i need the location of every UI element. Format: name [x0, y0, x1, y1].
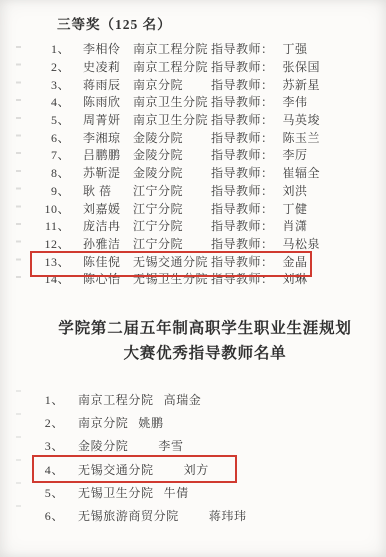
teacher-label: 指导教师： [211, 217, 274, 234]
item-number: 8、 [44, 164, 70, 181]
item-number: 5、 [40, 484, 64, 501]
student-name: 陈心怡 [83, 270, 133, 287]
college-name: 南京工程分院 [133, 58, 206, 75]
document-heading: 学院第二届五年制高职学生职业生涯规划 大赛优秀指导教师名单 [40, 316, 370, 366]
teacher-list-item: 5、 无锡卫生分院 牛倩 [40, 481, 370, 504]
item-number: 1、 [40, 391, 64, 408]
teacher-list-item: 6、 无锡旅游商贸分院 蒋玮玮 [40, 504, 370, 527]
item-number: 1、 [44, 40, 70, 57]
item-number: 3、 [40, 437, 64, 454]
teacher-name: 蒋玮玮 [209, 507, 247, 524]
student-name: 陈雨欣 [83, 93, 133, 110]
prize-list-item: 12、 孙雅洁 江宁分院 指导教师： 马松泉 [44, 235, 374, 253]
teacher-label: 指导教师： [211, 182, 274, 199]
prize-list-item: 6、 李湘琼 金陵分院 指导教师： 陈玉兰 [44, 128, 374, 146]
college-name: 南京工程分院 [133, 40, 206, 57]
teacher-name: 陈玉兰 [283, 129, 321, 146]
item-number: 5、 [44, 111, 70, 128]
item-number: 10、 [44, 200, 70, 217]
item-number: 6、 [44, 129, 70, 146]
college-name: 无锡卫生分院 [78, 484, 154, 501]
college-name: 南京分院 [78, 414, 128, 431]
student-name: 周菁妍 [83, 111, 133, 128]
teacher-label: 指导教师： [211, 93, 274, 110]
college-name: 南京卫生分院 [133, 93, 206, 110]
prize-list-item: 14、 陈心怡 无锡卫生分院 指导教师： 刘琳 [44, 270, 374, 288]
excellent-teacher-list: 1、 南京工程分院 高瑞金 2、 南京分院 姚鹏 3、 金陵分院 李雪 4、 无… [40, 388, 370, 527]
teacher-label: 指导教师： [211, 76, 274, 93]
student-name: 史凌莉 [83, 58, 133, 75]
teacher-label: 指导教师： [211, 200, 274, 217]
third-prize-list: 1、 李相伶 南京工程分院 指导教师： 丁强 2、 史凌莉 南京工程分院 指导教… [44, 40, 374, 288]
college-name: 南京工程分院 [78, 391, 154, 408]
college-name: 金陵分院 [133, 164, 206, 181]
heading-line-1: 学院第二届五年制高职学生职业生涯规划 [58, 320, 351, 337]
prize-list-item: 13、 陈佳倪 无锡交通分院 指导教师： 金晶 [44, 252, 374, 270]
student-name: 庞洁冉 [83, 217, 133, 234]
teacher-name: 金晶 [283, 253, 308, 270]
student-name: 李湘琼 [83, 129, 133, 146]
prize-list-item: 9、 耿 蓓 江宁分院 指导教师： 刘洪 [44, 182, 374, 200]
teacher-list-item: 3、 金陵分院 李雪 [40, 434, 370, 457]
student-name: 蒋雨辰 [83, 76, 133, 93]
teacher-name: 李雪 [158, 437, 183, 454]
teacher-name: 崔辐全 [283, 164, 321, 181]
teacher-name: 张保国 [283, 58, 321, 75]
college-name: 无锡旅游商贸分院 [78, 507, 179, 524]
item-number: 12、 [44, 235, 70, 252]
prize-list-item: 8、 苏靳湜 金陵分院 指导教师： 崔辐全 [44, 164, 374, 182]
teacher-label: 指导教师： [211, 58, 274, 75]
teacher-name: 李厉 [283, 146, 308, 163]
teacher-name: 牛倩 [164, 484, 189, 501]
teacher-name: 苏新星 [283, 76, 321, 93]
college-name: 南京卫生分院 [133, 111, 206, 128]
college-name: 金陵分院 [133, 129, 206, 146]
teacher-name: 刘洪 [283, 182, 308, 199]
item-number: 14、 [44, 270, 70, 287]
section-title-third-prize: 三等奖（125 名） [57, 13, 172, 33]
teacher-label: 指导教师： [211, 253, 274, 270]
teacher-label: 指导教师： [211, 129, 274, 146]
document-page: 三等奖（125 名） 1、 李相伶 南京工程分院 指导教师： 丁强 2、 史凌莉… [0, 0, 386, 557]
college-name: 江宁分院 [133, 200, 206, 217]
teacher-name: 刘方 [184, 461, 209, 478]
teacher-name: 肖潇 [283, 217, 308, 234]
item-number: 11、 [44, 217, 70, 234]
college-name: 南京分院 [133, 76, 206, 93]
student-name: 李相伶 [83, 40, 133, 57]
teacher-name: 丁健 [283, 200, 308, 217]
item-number: 6、 [40, 507, 64, 524]
college-name: 无锡交通分院 [133, 253, 206, 270]
student-name: 耿 蓓 [83, 182, 133, 199]
teacher-name: 马松泉 [283, 235, 321, 252]
college-name: 江宁分院 [133, 235, 206, 252]
prize-list-item: 10、 刘嘉媛 江宁分院 指导教师： 丁健 [44, 199, 374, 217]
prize-list-item: 2、 史凌莉 南京工程分院 指导教师： 张保国 [44, 58, 374, 76]
teacher-name: 李伟 [283, 93, 308, 110]
teacher-label: 指导教师： [211, 164, 274, 181]
student-name: 吕鹏鹏 [83, 146, 133, 163]
teacher-list-item: 4、 无锡交通分院 刘方 [40, 458, 370, 481]
item-number: 4、 [40, 461, 64, 478]
prize-list-item: 4、 陈雨欣 南京卫生分院 指导教师： 李伟 [44, 93, 374, 111]
item-number: 2、 [40, 414, 64, 431]
college-name: 金陵分院 [133, 146, 206, 163]
teacher-label: 指导教师： [211, 111, 274, 128]
teacher-name: 高瑞金 [164, 391, 202, 408]
college-name: 无锡交通分院 [78, 461, 154, 478]
teacher-label: 指导教师： [211, 270, 274, 287]
teacher-label: 指导教师： [211, 40, 274, 57]
teacher-list-item: 1、 南京工程分院 高瑞金 [40, 388, 370, 411]
prize-list-item: 5、 周菁妍 南京卫生分院 指导教师： 马英埈 [44, 111, 374, 129]
prize-list-item: 1、 李相伶 南京工程分院 指导教师： 丁强 [44, 40, 374, 58]
item-number: 4、 [44, 93, 70, 110]
scan-artifact [16, 46, 21, 282]
heading-line-2: 大赛优秀指导教师名单 [123, 345, 286, 362]
teacher-name: 丁强 [283, 40, 308, 57]
student-name: 刘嘉媛 [83, 200, 133, 217]
item-number: 3、 [44, 76, 70, 93]
teacher-label: 指导教师： [211, 235, 274, 252]
prize-list-item: 11、 庞洁冉 江宁分院 指导教师： 肖潇 [44, 217, 374, 235]
college-name: 金陵分院 [78, 437, 128, 454]
student-name: 陈佳倪 [83, 253, 133, 270]
item-number: 13、 [44, 253, 70, 270]
prize-list-item: 7、 吕鹏鹏 金陵分院 指导教师： 李厉 [44, 146, 374, 164]
teacher-list-item: 2、 南京分院 姚鹏 [40, 411, 370, 434]
college-name: 江宁分院 [133, 217, 206, 234]
teacher-name: 马英埈 [283, 111, 321, 128]
prize-list-item: 3、 蒋雨辰 南京分院 指导教师： 苏新星 [44, 75, 374, 93]
scan-artifact [16, 390, 21, 520]
student-name: 苏靳湜 [83, 164, 133, 181]
student-name: 孙雅洁 [83, 235, 133, 252]
item-number: 9、 [44, 182, 70, 199]
item-number: 7、 [44, 146, 70, 163]
college-name: 无锡卫生分院 [133, 270, 206, 287]
teacher-name: 姚鹏 [138, 414, 163, 431]
item-number: 2、 [44, 58, 70, 75]
college-name: 江宁分院 [133, 182, 206, 199]
teacher-name: 刘琳 [283, 270, 308, 287]
teacher-label: 指导教师： [211, 146, 274, 163]
